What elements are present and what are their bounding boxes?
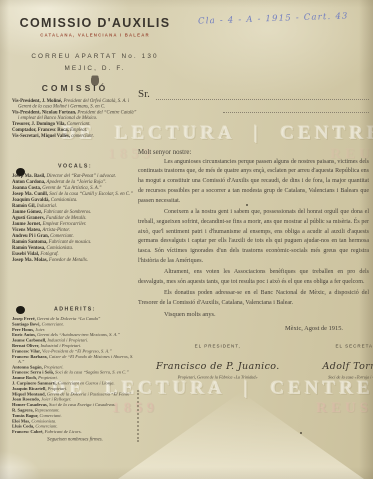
vocal-role: Fabricant de Sombreros.	[44, 209, 92, 215]
officer-entry: Comptador, Francesc Roca, Empleat.	[12, 127, 138, 133]
vocal-role: Fonedor de Metalls.	[49, 257, 88, 263]
vocal-name: Joaquim Gavaldà,	[12, 197, 50, 203]
adherit-role: Propietari.	[48, 386, 68, 391]
vocal-name: Jaume Gómez,	[12, 209, 42, 215]
vocal-entry: Ramón Santoma, Fabricant de mosaics.	[12, 239, 138, 245]
margin-tick-marks	[137, 390, 139, 442]
adherit-role: Vice-President de “El Progreso, S. A.”	[42, 348, 112, 353]
adherit-entry: Josep Ferré, Gerent de la Dolceria “La C…	[12, 316, 138, 321]
officer-name: Tresorer, J. Domingo Vila,	[12, 121, 66, 127]
signature-row: EL PRESIDENT, Francisco de P. Juanico. P…	[138, 341, 369, 390]
secretary-signature-block: EL SECRETARI, Adolf Torruja. Soci de la …	[298, 341, 373, 390]
officer-entry: Vis-President, Nicolau Fortean, Presiden…	[12, 110, 138, 121]
vocal-entry: Andreu Pi i Gran, Comerciant.	[12, 233, 138, 239]
vocal-role: Comerciant.	[50, 233, 74, 239]
adherit-entry: Francesc Barbara, Caixer de “El Fondo de…	[12, 354, 138, 364]
adherit-name: Eloi Mas,	[12, 418, 30, 423]
vocal-name: Ramón Ventosa,	[12, 245, 45, 251]
adherit-entry: Bernat Oliver, Industrial i Propietari.	[12, 343, 138, 348]
president-signature-block: EL PRESIDENT, Francisco de P. Juanico. P…	[138, 341, 298, 390]
adherit-entry: Jaume Roch, Propietari.	[12, 375, 138, 380]
vocal-entry: Joaquim Gavaldà, Comisionista.	[12, 197, 138, 203]
adherit-entry: Miquel Montand, Gerent de la Dolceria i …	[12, 391, 138, 396]
vocals-heading: VOCALS:	[12, 163, 138, 169]
watermark-bottom-city: REUS	[316, 400, 372, 417]
adherit-entry: R. Sagrera, Representant.	[12, 408, 138, 413]
secretary-title: EL SECRETARI,	[335, 343, 373, 348]
adherit-role: Comerciant.	[40, 413, 62, 418]
vocal-role: Fotògraf.	[40, 251, 58, 257]
vocal-role: Apoderat de la “Joieria Roja”.	[47, 179, 107, 185]
vocal-name: Agustí Graners,	[12, 215, 45, 221]
adherit-entry: Jaume Carbonell, Industrial i Propietari…	[12, 338, 138, 343]
adherits-section: ADHERITS: Josep Ferré, Gerent de la Dolc…	[12, 306, 138, 442]
adherit-role: Comisionista.	[31, 418, 56, 423]
adherit-entry: Santiago Bové, Comerciant.	[12, 321, 138, 326]
vocal-role: Empleat Ferrocarriler.	[43, 221, 87, 227]
vocal-name: Joanna Costa,	[12, 185, 41, 191]
adherit-name: Francesc Cabré,	[12, 429, 43, 434]
postal-address: CORREU APARTAT No. 130	[12, 53, 178, 60]
adherit-name: Enric Autos,	[12, 332, 36, 337]
letter-body: Sr. Molt senyor nostre: Les angunioses c…	[138, 88, 369, 390]
vocal-role: Director del “Rat-Penat” i advocat.	[47, 173, 117, 179]
officer-role: comerciant.	[71, 133, 94, 139]
adherit-name: Joaquín Ricartell,	[12, 386, 47, 391]
adherits-heading: ADHERITS:	[12, 306, 138, 312]
vocal-name: Josep Ma. Molas,	[12, 257, 48, 263]
vocal-name: Eusebi Vidal,	[12, 251, 39, 257]
addressee-row: Sr.	[138, 88, 369, 100]
officer-name: Vis-Secretari, Miquel Vallès,	[12, 133, 70, 139]
adherit-entry: Eloi Mas, Comisionista.	[12, 418, 138, 423]
vocal-name: Ramón Santoma,	[12, 239, 47, 245]
adherit-name: Bernat Oliver,	[12, 343, 39, 348]
president-role: Propietari, Gerent de la Fàbrica «La Tri…	[178, 375, 258, 380]
vocal-entry: Anton Cardona, Apoderat de la “Joieria R…	[12, 179, 138, 185]
adherit-role: Joier.	[35, 327, 45, 332]
salutation: Sr.	[138, 88, 150, 100]
adherit-name: Joan Rosendo,	[12, 397, 40, 402]
vocal-entry: Josep Ma. Molas, Fonedor de Metalls.	[12, 257, 138, 263]
city-line: MEJIC, D. F.	[12, 65, 178, 72]
adherit-role: Comerciant.	[35, 424, 57, 429]
adherit-entry: Francesc Vilar, Vice-President de “El Pr…	[12, 348, 138, 353]
vocal-role: Fabricant de mosaics.	[49, 239, 92, 245]
vocal-entry: Ramón Ventosa, Comisionista.	[12, 245, 138, 251]
handwritten-archive-annotation: Cla - 4 - A - 1915 - Cart. 43	[198, 11, 349, 26]
officer-entry: Vis-President, J. Moliné, President del …	[12, 98, 138, 109]
adherit-role: Propietari.	[38, 375, 58, 380]
officer-role: Comerciant.	[67, 121, 91, 127]
adherit-role: Soci de la casa Esveiga i Casadevas.	[49, 402, 116, 407]
letter-paragraph: Les angunioses circunstancies perque pas…	[138, 158, 369, 207]
vocal-name: Jaume Jornet,	[12, 221, 41, 227]
vocals-section: VOCALS: Josep Ma. Basil, Director del “R…	[12, 163, 138, 263]
commission-heading: COMISSIÓ	[14, 83, 136, 93]
vocal-entry: Jaume Jornet, Empleat Ferrocarriler.	[12, 221, 138, 227]
vocal-role: Comisionista.	[51, 197, 78, 203]
adherit-name: J. Carpinero Sanmartí,	[12, 381, 57, 386]
adherits-list: Josep Ferré, Gerent de la Dolceria “La C…	[12, 316, 138, 434]
vocal-entry: Josep Ma. Cunill, Soci de la casa “Cunil…	[12, 191, 138, 197]
adherit-name: Homer Casadevas,	[12, 402, 48, 407]
officer-entry: Vis-Secretari, Miquel Vallès, comerciant…	[12, 133, 138, 139]
adherit-role: Comerciant.	[42, 321, 64, 326]
adherit-entry: Homer Casadevas, Soci de la casa Esveiga…	[12, 402, 138, 407]
adherit-role: Propietari.	[44, 364, 64, 369]
adherit-entry: Francesc Cabré, Fabricant de Licors.	[12, 429, 138, 434]
adherit-entry: J. Carpinero Sanmartí, Comerciant en Cue…	[12, 381, 138, 386]
vocal-entry: Vicens Mateu, Artista-Pintor.	[12, 227, 138, 233]
adherit-entry: Joaquín Ricartell, Propietari.	[12, 386, 138, 391]
officer-entry: Tresorer, J. Domingo Vila, Comerciant.	[12, 121, 138, 127]
vocal-name: Josep Ma. Cunill,	[12, 191, 48, 197]
letter-paragraph: Coneixem a la nostra gent i sabem que, p…	[138, 208, 369, 267]
vocal-role: Comisionista.	[47, 245, 74, 251]
adherit-role: Gerent dels “Autobuses-tren Mexicans, S.…	[37, 332, 120, 337]
vocals-list: Josep Ma. Basil, Director del “Rat-Penat…	[12, 173, 138, 263]
adherit-name: Francesc Vilar,	[12, 348, 41, 353]
adherit-name: Antonna Sagán,	[12, 364, 43, 369]
vocal-name: Andreu Pi i Gran,	[12, 233, 49, 239]
adherit-entry: Antonna Sagán, Propietari.	[12, 364, 138, 369]
organization-subtitle: CATALANA, VALENCIANA I BALEAR	[40, 33, 150, 38]
adherit-name: Pere Homs,	[12, 327, 34, 332]
adherit-role: Soci de la casa “Sagáns Serra, S. en C.”	[55, 370, 129, 375]
adherit-role: Comerciant en Cueros i Llonja.	[58, 381, 115, 386]
vocal-entry: Ramón Gil, Industrial.	[12, 203, 138, 209]
officers-list: Vis-President, J. Moliné, President del …	[12, 98, 138, 139]
vocal-role: Gerent de “La Artística, S. A.”	[42, 185, 101, 191]
adherit-name: Jaume Roch,	[12, 375, 37, 380]
adherit-role: Representant.	[35, 408, 60, 413]
vocal-role: Industrial.	[37, 203, 57, 209]
paper-speck	[246, 204, 248, 206]
addressee-dotted-line	[223, 100, 369, 113]
punch-hole	[16, 306, 25, 314]
punch-hole	[16, 168, 25, 176]
adherit-role: Gerent de la Dolceria i Pastisseria “El …	[47, 391, 131, 396]
scanned-letter-page: DE LECTURA | CENTRE DE 1859 REUS DE LECT…	[0, 0, 373, 479]
adherit-entry: Pere Homs, Joier.	[12, 327, 138, 332]
vocal-entry: Josep Ma. Basil, Director del “Rat-Penat…	[12, 173, 138, 179]
letter-paragraph: Els donatius poden adressar-se en el Ban…	[138, 289, 369, 309]
letter-paragraphs: Les angunioses circunstancies perque pas…	[138, 158, 369, 309]
farewell: Visquen molts anys.	[138, 311, 369, 318]
vocal-entry: Agustí Graners, Fundidor de Metalls.	[12, 215, 138, 221]
secretary-name: Adolf Torruja.	[298, 361, 373, 372]
adherit-name: Miquel Montand,	[12, 391, 46, 396]
adherit-role: Fabricant de Licors.	[45, 429, 82, 434]
vocal-entry: Jaume Gómez, Fabricant de Sombreros.	[12, 209, 138, 215]
officer-name: Comptador, Francesc Roca,	[12, 127, 69, 133]
vocal-name: Ramón Gil,	[12, 203, 36, 209]
adherit-role: Joier i Rellotger.	[41, 397, 71, 402]
addressee-dotted-line	[156, 89, 369, 100]
adherit-name: Jaume Carbonell,	[12, 338, 46, 343]
paper-speck	[300, 432, 302, 434]
adherit-role: Industrial i Propietari.	[40, 343, 81, 348]
adherit-name: Francesc Serra i Solà,	[12, 370, 54, 375]
adherit-entry: Lluís Coda, Comerciant.	[12, 424, 138, 429]
vocal-name: Vicens Mateu,	[12, 227, 41, 233]
secretary-role: Soci de la casa «Torruja i Casellas»	[328, 375, 373, 380]
adherit-role: Gerent de la Dolceria “La Canda”	[37, 316, 100, 321]
vocal-role: Soci de la casa “Cunill y Escolar, S. en…	[49, 191, 133, 197]
signatures-follow-note: Segueixen nombroses firmes.	[12, 436, 138, 442]
adherit-name: Tomàs Bagur,	[12, 413, 38, 418]
adherit-role: Industrial i Propietari.	[47, 338, 88, 343]
dateline: Mèxic, Agost de 1915.	[138, 325, 369, 332]
organization-title: COMISSIO D'AUXILIS	[12, 16, 178, 30]
adherit-entry: Francesc Serra i Solà, Soci de la casa “…	[12, 370, 138, 375]
adherit-name: Lluís Coda,	[12, 424, 34, 429]
president-title: EL PRESIDENT,	[195, 343, 241, 348]
letter-paragraph: Altrament, ens voten les Associacions be…	[138, 268, 369, 288]
letterhead: COMISSIO D'AUXILIS CATALANA, VALENCIANA …	[12, 16, 178, 86]
adherit-entry: Tomàs Bagur, Comerciant.	[12, 413, 138, 418]
adherit-name: R. Sagrera,	[12, 408, 34, 413]
vocal-name: Anton Cardona,	[12, 179, 45, 185]
officer-role: Empleat.	[70, 127, 87, 133]
president-name: Francisco de P. Juanico.	[138, 361, 298, 372]
adherit-name: Santiago Bové,	[12, 321, 41, 326]
adherit-entry: Enric Autos, Gerent dels “Autobuses-tren…	[12, 332, 138, 337]
vocal-entry: Joanna Costa, Gerent de “La Artística, S…	[12, 185, 138, 191]
adherit-name: Josep Ferré,	[12, 316, 36, 321]
greeting: Molt senyor nostre:	[138, 149, 369, 156]
vocal-role: Artista-Pintor.	[42, 227, 70, 233]
vocal-entry: Eusebi Vidal, Fotògraf.	[12, 251, 138, 257]
vocal-role: Fundidor de Metalls.	[46, 215, 87, 221]
adherit-entry: Joan Rosendo, Joier i Rellotger.	[12, 397, 138, 402]
